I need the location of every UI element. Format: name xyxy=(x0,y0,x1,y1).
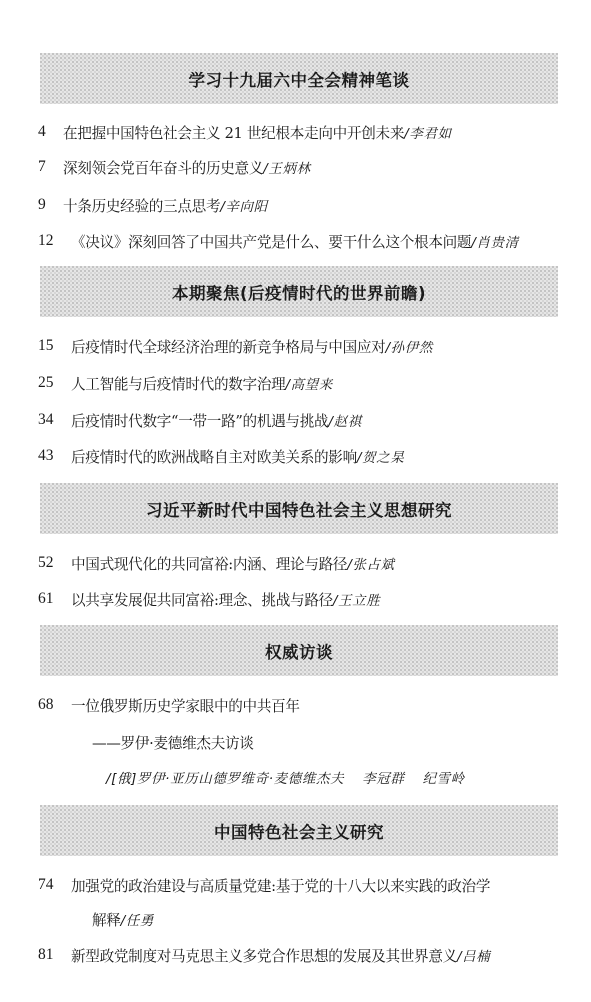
page-number: 15 xyxy=(38,337,71,355)
article-author: /高望来 xyxy=(285,373,332,393)
page-number: 68 xyxy=(38,696,71,714)
article-title: 在把握中国特色社会主义 21 世纪根本走向中开创未来 xyxy=(63,122,404,143)
page-number: 74 xyxy=(38,876,71,894)
section-heading-band: 习近平新时代中国特色社会主义思想研究 xyxy=(40,483,558,534)
article-author: /任勇 xyxy=(121,909,154,929)
toc-entry[interactable]: 68 一位俄罗斯历史学家眼中的中共百年 xyxy=(38,693,300,717)
article-title: 新型政党制度对马克思主义多党合作思想的发展及其世界意义 xyxy=(71,945,457,966)
article-author: 纪雪岭 xyxy=(422,767,464,787)
article-title: 加强党的政治建设与高质量党建:基于党的十八大以来实践的政治学 xyxy=(71,875,490,896)
section-heading: 学习十九届六中全会精神笔谈 xyxy=(189,67,410,91)
article-author: /辛向阳 xyxy=(220,195,267,215)
page-number: 9 xyxy=(38,196,63,214)
toc-entry[interactable]: 34 后疫情时代数字“一带一路”的机遇与挑战 /赵祺 xyxy=(38,408,362,432)
toc-entry-subtitle: ——罗伊·麦德维杰夫访谈 xyxy=(92,730,254,754)
article-author: /孙伊然 xyxy=(385,336,432,356)
article-title: 《决议》深刻回答了中国共产党是什么、要干什么这个根本问题 xyxy=(71,231,471,252)
article-author: /张占斌 xyxy=(347,553,394,573)
section-heading: 中国特色社会主义研究 xyxy=(214,819,384,843)
page-number: 81 xyxy=(38,946,71,964)
article-author: /赵祺 xyxy=(328,410,361,430)
toc-entry[interactable]: 74 加强党的政治建设与高质量党建:基于党的十八大以来实践的政治学 xyxy=(38,873,490,897)
article-title: 后疫情时代的欧洲战略自主对欧美关系的影响 xyxy=(71,446,357,467)
page-number: 43 xyxy=(38,447,71,465)
section-heading-band: 权威访谈 xyxy=(40,625,558,676)
article-title: 人工智能与后疫情时代的数字治理 xyxy=(71,373,285,394)
section-heading: 本期聚焦(后疫情时代的世界前瞻) xyxy=(172,280,426,304)
section-heading: 习近平新时代中国特色社会主义思想研究 xyxy=(146,497,452,521)
section-heading-band: 本期聚焦(后疫情时代的世界前瞻) xyxy=(40,266,558,317)
article-author: /李君如 xyxy=(404,122,451,142)
toc-entry[interactable]: 15 后疫情时代全球经济治理的新竞争格局与中国应对 /孙伊然 xyxy=(38,334,433,358)
article-title: 十条历史经验的三点思考 xyxy=(63,195,220,216)
page-number: 12 xyxy=(38,232,71,250)
article-author: /贺之杲 xyxy=(357,446,404,466)
toc-entry-authors: /[俄]罗伊·亚历山德罗维奇·麦德维杰夫 李冠群 纪雪岭 xyxy=(106,765,465,789)
toc-entry[interactable]: 12 《决议》深刻回答了中国共产党是什么、要干什么这个根本问题 /肖贵清 xyxy=(38,229,519,253)
article-author: /吕楠 xyxy=(457,945,490,965)
article-title: 中国式现代化的共同富裕:内涵、理论与路径 xyxy=(71,553,347,574)
article-author: 李冠群 xyxy=(362,767,404,787)
toc-entry[interactable]: 9 十条历史经验的三点思考 /辛向阳 xyxy=(38,193,268,217)
article-subtitle: ——罗伊·麦德维杰夫访谈 xyxy=(92,732,254,753)
toc-entry[interactable]: 25 人工智能与后疫情时代的数字治理 /高望来 xyxy=(38,371,333,395)
page-number: 7 xyxy=(38,158,63,176)
toc-entry[interactable]: 61 以共享发展促共同富裕:理念、挑战与路径 /王立胜 xyxy=(38,587,380,611)
page-number: 4 xyxy=(38,123,63,141)
article-author: /王炳林 xyxy=(263,157,310,177)
article-author: /王立胜 xyxy=(333,589,380,609)
article-title: 后疫情时代全球经济治理的新竞争格局与中国应对 xyxy=(71,336,385,357)
toc-entry[interactable]: 4 在把握中国特色社会主义 21 世纪根本走向中开创未来 /李君如 xyxy=(38,120,452,144)
toc-entry[interactable]: 52 中国式现代化的共同富裕:内涵、理论与路径 /张占斌 xyxy=(38,551,395,575)
article-title: 一位俄罗斯历史学家眼中的中共百年 xyxy=(71,695,300,716)
article-title-continuation: 解释 xyxy=(92,909,121,930)
page-number: 25 xyxy=(38,374,71,392)
page-number: 34 xyxy=(38,411,71,429)
article-author: /[俄]罗伊·亚历山德罗维奇·麦德维杰夫 xyxy=(106,767,344,787)
page-number: 61 xyxy=(38,590,71,608)
article-author: /肖贵清 xyxy=(471,231,518,251)
toc-entry[interactable]: 7 深刻领会党百年奋斗的历史意义 /王炳林 xyxy=(38,155,311,179)
article-title: 以共享发展促共同富裕:理念、挑战与路径 xyxy=(71,589,333,610)
toc-entry[interactable]: 81 新型政党制度对马克思主义多党合作思想的发展及其世界意义 /吕楠 xyxy=(38,943,490,967)
section-heading: 权威访谈 xyxy=(265,639,333,663)
page-number: 52 xyxy=(38,554,71,572)
section-heading-band: 学习十九届六中全会精神笔谈 xyxy=(40,53,558,104)
section-heading-band: 中国特色社会主义研究 xyxy=(40,805,558,856)
article-title: 后疫情时代数字“一带一路”的机遇与挑战 xyxy=(71,410,328,431)
article-title: 深刻领会党百年奋斗的历史意义 xyxy=(63,157,263,178)
toc-entry[interactable]: 43 后疫情时代的欧洲战略自主对欧美关系的影响 /贺之杲 xyxy=(38,444,404,468)
toc-entry-continuation: 解释 /任勇 xyxy=(92,907,154,931)
